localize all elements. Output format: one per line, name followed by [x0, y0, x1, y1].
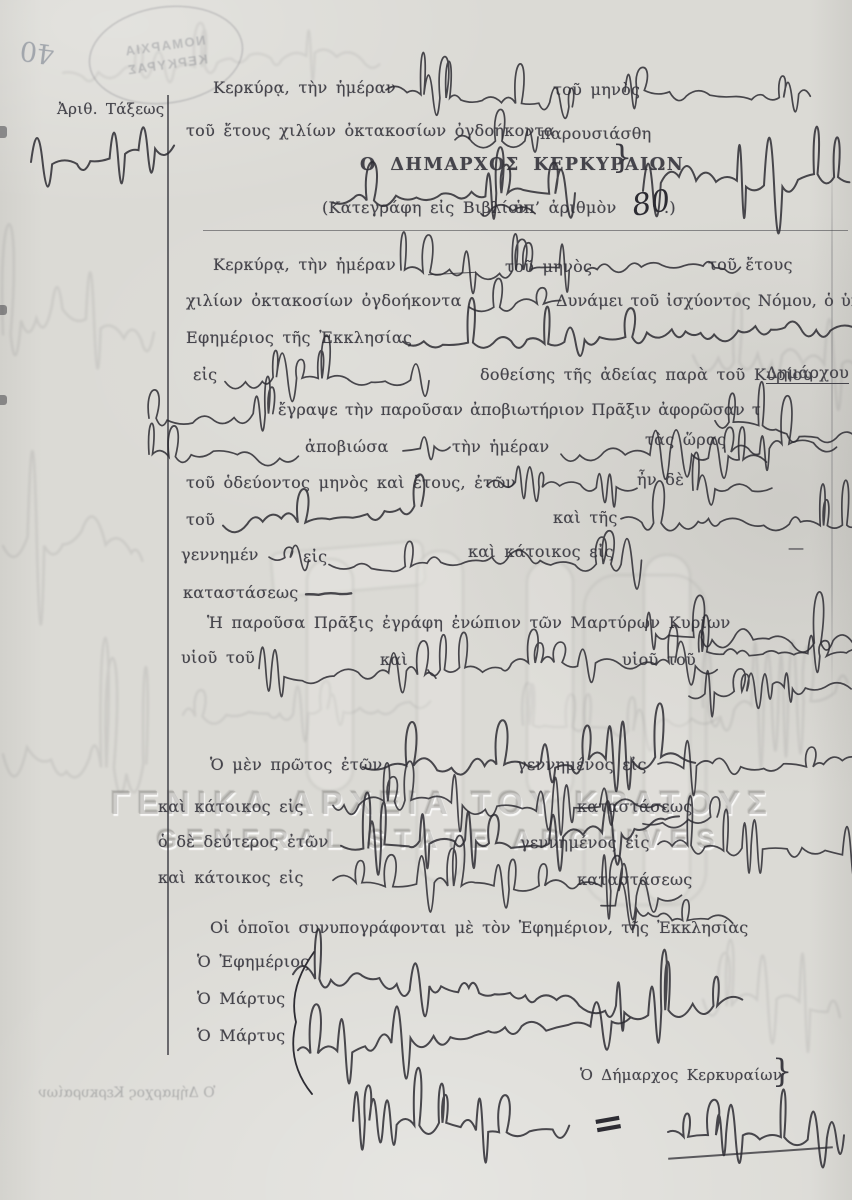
act-mayor-word: Δημάρχου: [766, 363, 849, 384]
hw-margin-name: [146, 424, 298, 476]
pencil-page-number: 40: [18, 34, 56, 69]
hw-mother-name: [618, 484, 852, 544]
hw-deceased-suffix: [400, 430, 452, 466]
scanned-death-register-page: ΝΟΜΑΡΧΙΑ ΚΕΡΚΥΡΑΣ 40 ΓΕΝΙΚΑ ΑΡΧΕΙΑ ΤΟΥ Κ…: [0, 0, 852, 1200]
header-brace: }: [612, 138, 632, 176]
page-edge-mark: [0, 126, 7, 138]
act-the-day: τὴν ἡμέραν: [452, 437, 549, 456]
hw-witness2-name: [425, 634, 720, 696]
witness-resident-2: καὶ κάτοικος εἰς: [158, 868, 304, 887]
act-deceased: ἀποβιώσα: [305, 437, 389, 456]
bleed-mirror-text: Ὁ Δήμαρχος Κερκυραίων: [38, 1085, 215, 1101]
hw-first-birthplace: [655, 728, 852, 790]
hw-born-suffix: [266, 542, 298, 568]
hw-act-month: [583, 242, 741, 292]
hw-presentation-month: [622, 58, 807, 116]
act-place-day: Κερκύρᾳ, τὴν ἡμέραν: [213, 255, 396, 274]
act-at: εἰς: [193, 365, 217, 384]
hw-equals-mark: =: [588, 1098, 627, 1148]
bleed-through-scrawl: [0, 430, 140, 630]
hw-witness-signature: [295, 1005, 625, 1083]
hw-witness2-father-cont: [686, 666, 834, 718]
header-place-day: Κερκύρᾳ, τὴν ἡμέραν: [213, 78, 396, 97]
hw-clerk-signature: [350, 1078, 565, 1152]
witness1-signature-label: Ὁ Μάρτυς: [197, 989, 285, 1008]
margin-divider-rule: [167, 95, 169, 1055]
order-number-label: Ἀριθ. Τάξεως: [57, 100, 165, 118]
hw-second-status: [598, 872, 713, 930]
witness2-signature-label: Ὁ Μάρτυς: [197, 1026, 285, 1045]
hw-order-number: [28, 126, 160, 188]
act-permission-clause: δοθείσης τῆς ἀδείας παρὰ τοῦ Κυρίου: [480, 365, 812, 384]
bleed-through-scrawl: [0, 230, 150, 410]
page-edge-mark: [0, 395, 7, 405]
page-edge-mark: [0, 305, 7, 315]
hw-witness1-father: [256, 636, 436, 692]
bleed-through-mayor-label: Ὁ Δήμαρχος Κερκυραίων: [38, 1082, 215, 1101]
act-son-of: τοῦ: [186, 510, 215, 529]
witness-second-aged: ὁ δὲ δεύτερος ἐτῶν: [158, 832, 329, 851]
hw-witness2-father: [696, 624, 852, 672]
footer-brace: }: [772, 1052, 792, 1090]
hw-presentation-day: [383, 58, 573, 113]
hw-second-birthplace: [655, 806, 852, 872]
header-appeared: παρουσιάσθη: [540, 124, 652, 143]
hw-mayor-margin-note: [640, 130, 852, 235]
hw-church-name: [400, 308, 848, 366]
hw-register-book: [478, 180, 538, 238]
witness-resident-1: καὶ κάτοικος εἰς: [158, 797, 304, 816]
hw-priest-signature: [290, 925, 725, 1010]
witness-son-of-1: υἱοῦ τοῦ: [181, 648, 255, 667]
hw-status-dash: [303, 585, 348, 601]
act-priest-of-church: Εφημέριος τῆς Ἐκκλησίας: [186, 328, 412, 347]
hw-birthplace: [326, 532, 641, 588]
hw-age: [484, 458, 634, 506]
hw-register-number: 80: [629, 183, 672, 224]
hw-presentation-year-suffix: [452, 112, 532, 160]
act-status: καταστάσεως: [183, 583, 299, 602]
act-and-of: καὶ τῆς: [553, 508, 618, 527]
